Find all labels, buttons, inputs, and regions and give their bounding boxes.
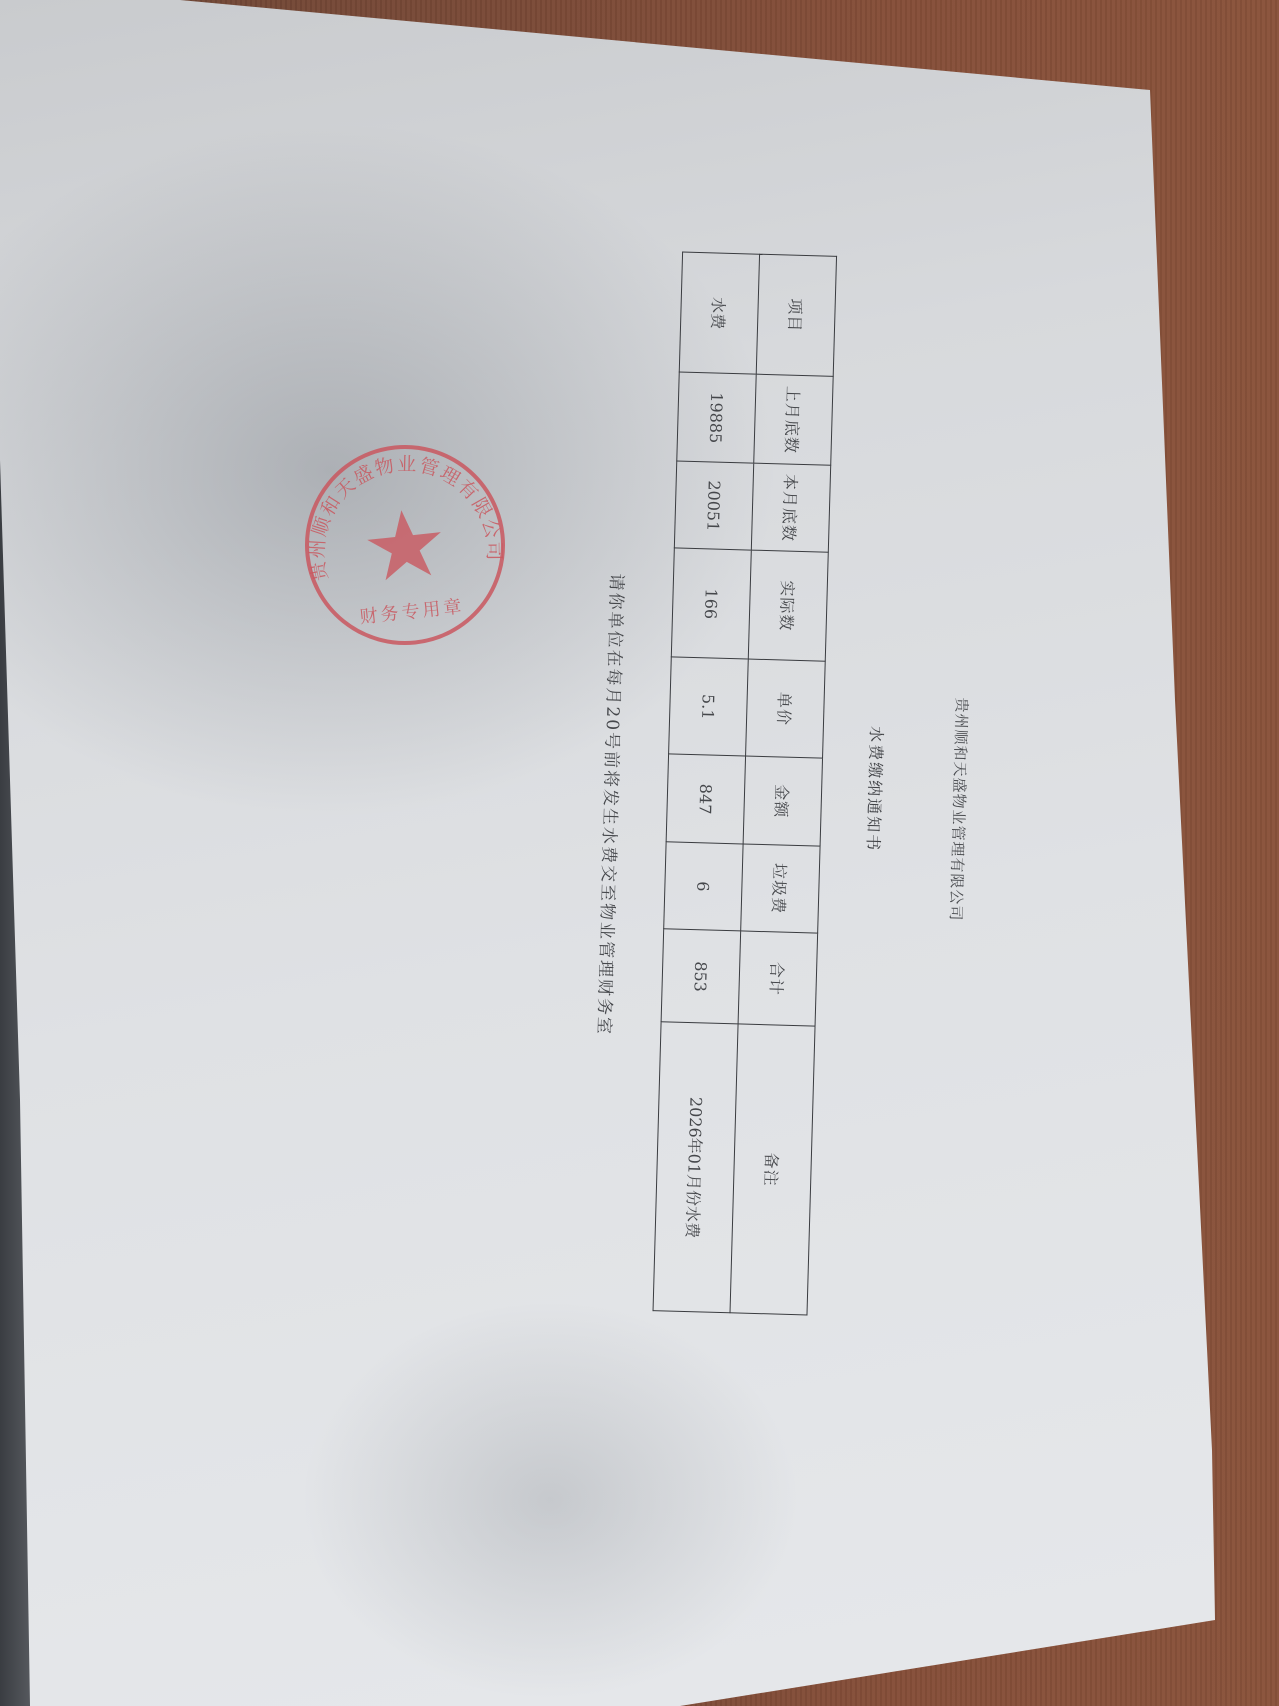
header-cell: 备注 [730, 1024, 815, 1315]
header-cell: 本月底数 [751, 463, 830, 552]
header-cell: 上月底数 [754, 374, 833, 465]
shadow [300, 1300, 800, 1700]
cell-usage: 166 [671, 548, 751, 659]
header-cell: 垃圾费 [741, 844, 820, 933]
cell-total: 853 [661, 929, 741, 1024]
header-cell: 金额 [743, 756, 822, 846]
header-cell: 单价 [746, 659, 826, 758]
cell-prev-reading: 19885 [677, 372, 756, 463]
water-fee-notice: 贵州顺和天盛物业管理有限公司 水费缴纳通知书 项目 上月底数 本月底数 实际数 … [556, 249, 985, 1320]
seal-inner-text: 财务专用章 [359, 596, 466, 628]
cell-item: 水费 [679, 252, 759, 374]
cell-remark: 2026年01月份水费 [653, 1022, 738, 1313]
cell-amount: 847 [666, 754, 745, 844]
fee-table: 项目 上月底数 本月底数 实际数 单价 金额 垃圾费 合计 备注 水费 1988… [653, 252, 838, 1316]
document-title: 水费缴纳通知书 [861, 689, 890, 890]
star-icon [365, 506, 446, 581]
seal-graphic: 贵州顺和天盛物业管理有限公司 财务专用章 [290, 430, 521, 661]
header-cell: 合计 [738, 931, 818, 1026]
header-cell: 项目 [756, 254, 836, 376]
payment-instruction: 请你单位在每月20号前将发生水费交至物业管理财务室 [592, 525, 633, 1085]
cell-curr-reading: 20051 [674, 461, 753, 550]
header-cell: 实际数 [748, 550, 828, 661]
company-seal: 贵州顺和天盛物业管理有限公司 财务专用章 [290, 430, 521, 661]
cell-unit-price: 5.1 [669, 657, 749, 756]
cell-garbage-fee: 6 [664, 842, 743, 931]
